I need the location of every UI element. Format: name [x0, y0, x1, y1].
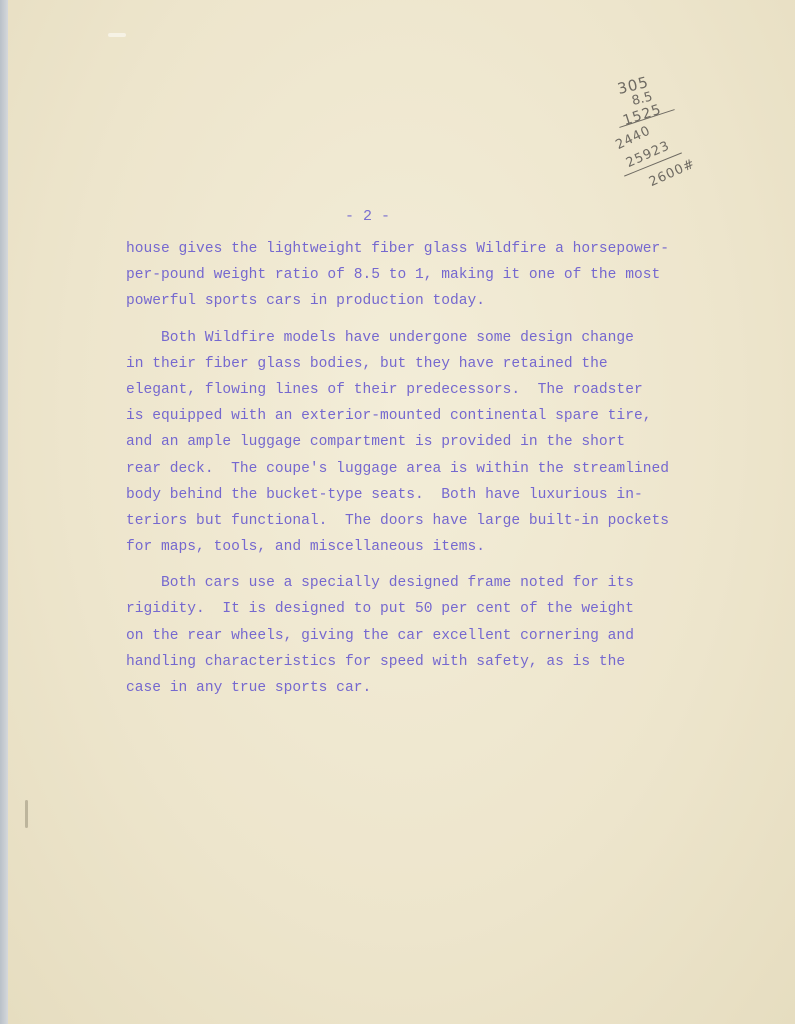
text-line: Both cars use a specially designed frame…: [126, 570, 726, 596]
margin-mark: [25, 800, 28, 828]
paragraph-3: Both cars use a specially designed frame…: [126, 570, 726, 701]
text-line: on the rear wheels, giving the car excel…: [126, 623, 726, 649]
text-line: rigidity. It is designed to put 50 per c…: [126, 596, 726, 622]
scan-edge: [0, 0, 8, 1024]
text-line: for maps, tools, and miscellaneous items…: [126, 534, 726, 560]
text-line: house gives the lightweight fiber glass …: [126, 236, 726, 262]
paragraph-1: house gives the lightweight fiber glass …: [126, 236, 726, 315]
text-line: body behind the bucket-type seats. Both …: [126, 482, 726, 508]
text-line: and an ample luggage compartment is prov…: [126, 429, 726, 455]
text-line: Both Wildfire models have undergone some…: [126, 325, 726, 351]
pencil-calculation: 305 8.5 1525 2440 25923 2600#: [608, 72, 728, 192]
text-line: in their fiber glass bodies, but they ha…: [126, 351, 726, 377]
page-number: - 2 -: [345, 208, 390, 225]
pencil-note: 2600#: [647, 156, 698, 190]
text-line: per-pound weight ratio of 8.5 to 1, maki…: [126, 262, 726, 288]
paragraph-2: Both Wildfire models have undergone some…: [126, 325, 726, 561]
body-text: house gives the lightweight fiber glass …: [126, 236, 726, 701]
text-line: elegant, flowing lines of their predeces…: [126, 377, 726, 403]
text-line: teriors but functional. The doors have l…: [126, 508, 726, 534]
paper-smudge: [108, 33, 126, 37]
text-line: is equipped with an exterior-mounted con…: [126, 403, 726, 429]
text-line: case in any true sports car.: [126, 675, 726, 701]
text-line: handling characteristics for speed with …: [126, 649, 726, 675]
text-line: powerful sports cars in production today…: [126, 288, 726, 314]
text-line: rear deck. The coupe's luggage area is w…: [126, 456, 726, 482]
